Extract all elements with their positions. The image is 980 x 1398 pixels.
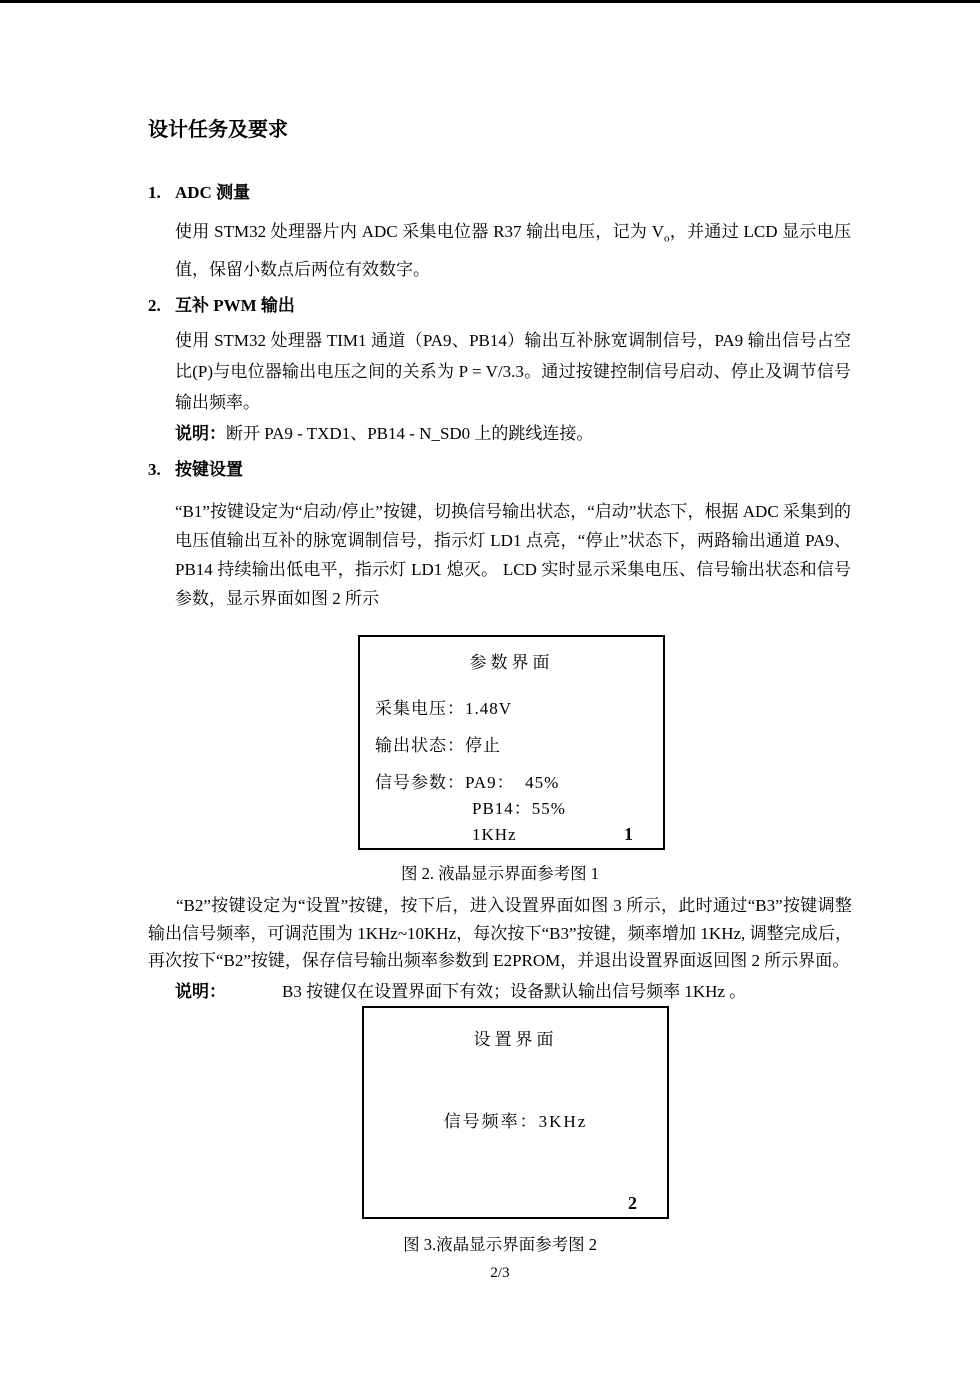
lcd-row-output-status: 输出状态：停止 (375, 734, 648, 758)
section-3-heading-label: 按键设置 (175, 459, 243, 481)
lcd-row-pb14: PB14：55% (472, 797, 648, 821)
page-number: 2/3 (148, 1262, 852, 1284)
lcd-row-signal-params: 信号参数：PA9： 45% (375, 771, 648, 795)
paragraph-b2: “B2”按键设定为“设置”按键，按下后，进入设置界面如图 3 所示，此时通过“B… (148, 892, 852, 975)
section-2-heading: 2. 互补 PWM 输出 (148, 295, 852, 317)
figure-3-caption: 图 3.液晶显示界面参考图 2 (148, 1233, 852, 1257)
section-2-number: 2. (148, 295, 175, 317)
section-1-body-text: 使用 STM32 处理器片内 ADC 采集电位器 R37 输出电压，记为 V (175, 222, 664, 241)
section-2-note: 说明：断开 PA9 - TXD1、PB14 - N_SD0 上的跳线连接。 (175, 418, 851, 449)
page-content: 设计任务及要求 1. ADC 测量 使用 STM32 处理器片内 ADC 采集电… (148, 0, 852, 1284)
section-3-body: “B1”按键设定为“启动/停止”按键，切换信号输出状态，“启动”状态下，根据 A… (175, 497, 851, 613)
page-title: 设计任务及要求 (148, 116, 852, 144)
lcd-screen-number-1: 1 (624, 824, 633, 845)
note-b3-text: B3 按键仅在设置界面下有效；设备默认输出信号频率 1KHz 。 (282, 980, 746, 1004)
lcd-parameters-title: 参数界面 (375, 651, 648, 675)
lcd-row-signal-frequency: 信号频率：3KHz (379, 1110, 652, 1134)
section-2-body-text: 使用 STM32 处理器 TIM1 通道（PA9、PB14）输出互补脉宽调制信号… (175, 331, 851, 412)
lcd-screen-parameters: 参数界面 采集电压：1.48V 输出状态：停止 信号参数：PA9： 45% PB… (358, 635, 665, 850)
section-2-note-text: 断开 PA9 - TXD1、PB14 - N_SD0 上的跳线连接。 (226, 424, 593, 443)
section-1-heading: 1. ADC 测量 (148, 182, 852, 204)
lcd-pa9-value: PA9： 45% (465, 773, 559, 792)
section-2-body: 使用 STM32 处理器 TIM1 通道（PA9、PB14）输出互补脉宽调制信号… (175, 325, 851, 449)
lcd-row-frequency: 1KHz (472, 823, 648, 847)
section-2-note-label: 说明： (175, 424, 226, 443)
note-b3: 说明： B3 按键仅在设置界面下有效；设备默认输出信号频率 1KHz 。 (175, 980, 852, 1004)
lcd-settings-title: 设置界面 (379, 1028, 652, 1052)
note-b3-label: 说明： (175, 980, 226, 1004)
section-1-body: 使用 STM32 处理器片内 ADC 采集电位器 R37 输出电压，记为 Vo，… (175, 216, 851, 285)
section-1-number: 1. (148, 182, 175, 204)
lcd-signal-params-label: 信号参数： (375, 773, 465, 792)
document-page: 设计任务及要求 1. ADC 测量 使用 STM32 处理器片内 ADC 采集电… (0, 0, 980, 1398)
section-3-heading: 3. 按键设置 (148, 459, 852, 481)
lcd-screen-number-2: 2 (628, 1193, 637, 1214)
section-1-heading-label: ADC 测量 (175, 182, 250, 204)
section-2-heading-label: 互补 PWM 输出 (175, 295, 295, 317)
lcd-screen-settings: 设置界面 信号频率：3KHz 2 (362, 1006, 669, 1219)
note-b3-gap (226, 980, 282, 1004)
section-3-number: 3. (148, 459, 175, 481)
figure-2-caption: 图 2. 液晶显示界面参考图 1 (148, 862, 852, 886)
lcd-row-voltage: 采集电压：1.48V (375, 697, 648, 721)
